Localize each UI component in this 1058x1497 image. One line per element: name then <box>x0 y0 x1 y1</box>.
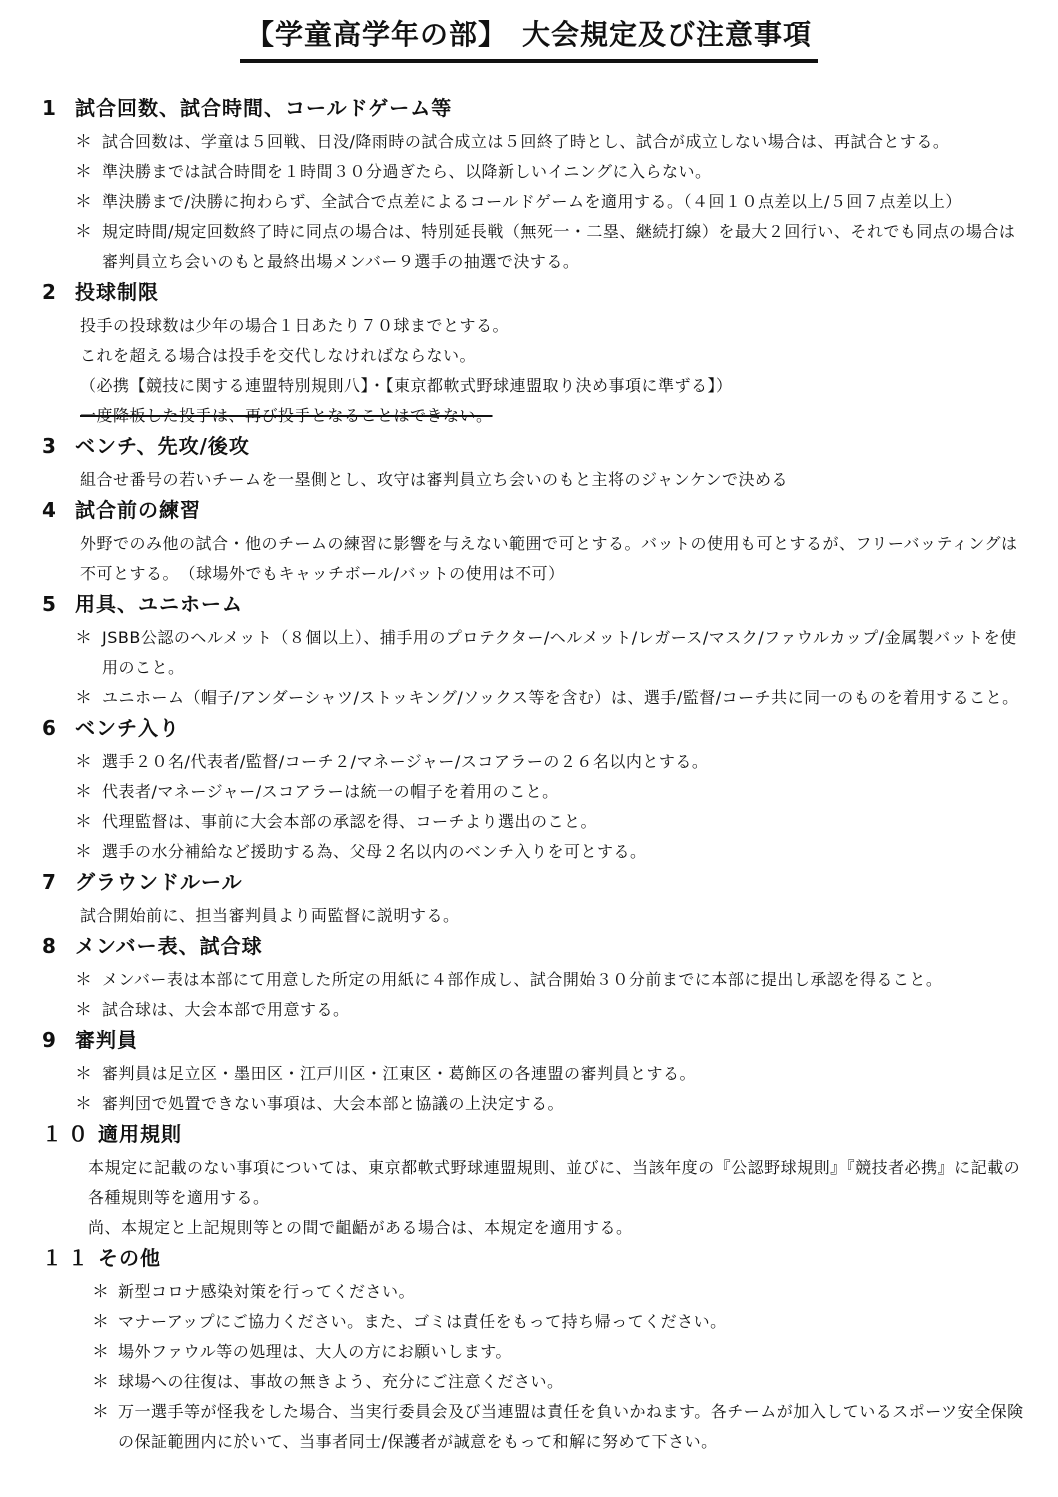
section-title: 試合前の練習 <box>75 495 201 525</box>
section-items: 本規定に記載のない事項については、東京都軟式野球連盟規則、並びに、当該年度の『公… <box>42 1153 1030 1243</box>
bullet-item: ＊ 選手２０名/代表者/監督/コーチ２/マネージャー/スコアラーの２６名以内とす… <box>42 747 1030 777</box>
item-text: 審判員は足立区・墨田区・江戸川区・江東区・葛飾区の各連盟の審判員とする。 <box>102 1059 696 1089</box>
item-text: 組合せ番号の若いチームを一塁側とし、攻守は審判員立ち会いのもと主将のジャンケンで… <box>80 470 788 489</box>
section: 8 メンバー表、試合球 ＊ メンバー表は本部にて用意した所定の用紙に４部作成し、… <box>42 931 1030 1025</box>
paragraph-item: 尚、本規定と上記規則等との間で齟齬がある場合は、本規定を適用する。 <box>42 1213 1030 1243</box>
section: 3 ベンチ、先攻/後攻 組合せ番号の若いチームを一塁側とし、攻守は審判員立ち会い… <box>42 431 1030 495</box>
paragraph-item: 外野でのみ他の試合・他のチームの練習に影響を与えない範囲で可とする。バットの使用… <box>42 529 1030 589</box>
section-number: 3 <box>42 431 75 461</box>
section-items: ＊ 選手２０名/代表者/監督/コーチ２/マネージャー/スコアラーの２６名以内とす… <box>42 747 1030 867</box>
section: 7 グラウンドルール 試合開始前に、担当審判員より両監督に説明する。 <box>42 867 1030 931</box>
item-text: 試合球は、大会本部で用意する。 <box>102 995 350 1025</box>
bullet-item: ＊ 審判団で処置できない事項は、大会本部と協議の上決定する。 <box>42 1089 1030 1119</box>
section: 6 ベンチ入り ＊ 選手２０名/代表者/監督/コーチ２/マネージャー/スコアラー… <box>42 713 1030 867</box>
section-heading: 8 メンバー表、試合球 <box>42 931 1030 961</box>
section-title: 試合回数、試合時間、コールドゲーム等 <box>75 93 452 123</box>
section-title: グラウンドルール <box>75 867 243 897</box>
section-heading: 5 用具、ユニホーム <box>42 589 1030 619</box>
section-title: メンバー表、試合球 <box>75 931 263 961</box>
section-items: 試合開始前に、担当審判員より両監督に説明する。 <box>42 901 1030 931</box>
section-items: ＊ 試合回数は、学童は５回戦、日没/降雨時の試合成立は５回終了時とし、試合が成立… <box>42 127 1030 277</box>
item-text: 一度降板した投手は、再び投手となることはできない。 <box>80 406 493 425</box>
section-number: 9 <box>42 1025 75 1055</box>
item-text: 試合回数は、学童は５回戦、日没/降雨時の試合成立は５回終了時とし、試合が成立しな… <box>102 127 949 157</box>
section-number: １０ <box>42 1119 98 1149</box>
bullet-item: ＊ 試合回数は、学童は５回戦、日没/降雨時の試合成立は５回終了時とし、試合が成立… <box>42 127 1030 157</box>
item-text: 本規定に記載のない事項については、東京都軟式野球連盟規則、並びに、当該年度の『公… <box>88 1158 1020 1207</box>
strikethrough-item: 一度降板した投手は、再び投手となることはできない。 <box>42 401 1030 431</box>
section-number: 1 <box>42 93 75 123</box>
section-items: 組合せ番号の若いチームを一塁側とし、攻守は審判員立ち会いのもと主将のジャンケンで… <box>42 465 1030 495</box>
asterisk-bullet-icon: ＊ <box>75 683 102 713</box>
page-title: 【学童高学年の部】 大会規定及び注意事項 <box>0 14 1058 63</box>
item-text: マナーアップにご協力ください。また、ゴミは責任をもって持ち帰ってください。 <box>118 1307 727 1337</box>
bullet-item: ＊ 代理監督は、事前に大会本部の承認を得、コーチより選出のこと。 <box>42 807 1030 837</box>
section-items: ＊ 審判員は足立区・墨田区・江戸川区・江東区・葛飾区の各連盟の審判員とする。 ＊… <box>42 1059 1030 1119</box>
section-number: 6 <box>42 713 75 743</box>
section-heading: 3 ベンチ、先攻/後攻 <box>42 431 1030 461</box>
item-text: 準決勝までは試合時間を１時間３０分過ぎたら、以降新しいイニングに入らない。 <box>102 157 712 187</box>
asterisk-bullet-icon: ＊ <box>75 187 102 217</box>
section: １０ 適用規則 本規定に記載のない事項については、東京都軟式野球連盟規則、並びに… <box>42 1119 1030 1243</box>
section-items: 投手の投球数は少年の場合１日あたり７０球までとする。 これを超える場合は投手を交… <box>42 311 1030 431</box>
section-title: その他 <box>98 1243 161 1273</box>
document-page: 【学童高学年の部】 大会規定及び注意事項 1 試合回数、試合時間、コールドゲーム… <box>0 0 1058 1497</box>
asterisk-bullet-icon: ＊ <box>75 1059 102 1089</box>
section: 4 試合前の練習 外野でのみ他の試合・他のチームの練習に影響を与えない範囲で可と… <box>42 495 1030 589</box>
asterisk-bullet-icon: ＊ <box>92 1397 118 1457</box>
item-text: これを超える場合は投手を交代しなければならない。 <box>80 346 476 365</box>
section-number: 7 <box>42 867 75 897</box>
item-text: 代理監督は、事前に大会本部の承認を得、コーチより選出のこと。 <box>102 807 597 837</box>
asterisk-bullet-icon: ＊ <box>75 807 102 837</box>
asterisk-bullet-icon: ＊ <box>92 1307 118 1337</box>
section-title: ベンチ、先攻/後攻 <box>75 431 250 461</box>
asterisk-bullet-icon: ＊ <box>92 1277 118 1307</box>
item-text: 準決勝まで/決勝に拘わらず、全試合で点差によるコールドゲームを適用する。（４回１… <box>102 187 962 217</box>
item-text: 規定時間/規定回数終了時に同点の場合は、特別延長戦（無死一・二塁、継続打線）を最… <box>102 217 1030 277</box>
bullet-item: ＊ JSBB公認のヘルメット（８個以上）、捕手用のプロテクター/ヘルメット/レガ… <box>42 623 1030 683</box>
asterisk-bullet-icon: ＊ <box>75 623 102 683</box>
asterisk-bullet-icon: ＊ <box>92 1367 118 1397</box>
section-title: 適用規則 <box>98 1119 182 1149</box>
section-heading: 2 投球制限 <box>42 277 1030 307</box>
section-number: １１ <box>42 1243 98 1273</box>
section-title: 用具、ユニホーム <box>75 589 243 619</box>
section: 9 審判員 ＊ 審判員は足立区・墨田区・江戸川区・江東区・葛飾区の各連盟の審判員… <box>42 1025 1030 1119</box>
bullet-item: ＊ 規定時間/規定回数終了時に同点の場合は、特別延長戦（無死一・二塁、継続打線）… <box>42 217 1030 277</box>
section-heading: 1 試合回数、試合時間、コールドゲーム等 <box>42 93 1030 123</box>
bullet-item: ＊ 準決勝まで/決勝に拘わらず、全試合で点差によるコールドゲームを適用する。（４… <box>42 187 1030 217</box>
item-text: ユニホーム（帽子/アンダーシャツ/ストッキング/ソックス等を含む）は、選手/監督… <box>102 683 1019 713</box>
section-items: ＊ JSBB公認のヘルメット（８個以上）、捕手用のプロテクター/ヘルメット/レガ… <box>42 623 1030 713</box>
bullet-item: ＊ ユニホーム（帽子/アンダーシャツ/ストッキング/ソックス等を含む）は、選手/… <box>42 683 1030 713</box>
item-text: 選手２０名/代表者/監督/コーチ２/マネージャー/スコアラーの２６名以内とする。 <box>102 747 708 777</box>
bullet-item: ＊ マナーアップにご協力ください。また、ゴミは責任をもって持ち帰ってください。 <box>42 1307 1030 1337</box>
section-heading: １０ 適用規則 <box>42 1119 1030 1149</box>
bullet-item: ＊ 準決勝までは試合時間を１時間３０分過ぎたら、以降新しいイニングに入らない。 <box>42 157 1030 187</box>
item-text: 球場への往復は、事故の無きよう、充分にご注意ください。 <box>118 1367 564 1397</box>
item-text: 万一選手等が怪我をした場合、当実行委員会及び当連盟は責任を負いかねます。各チーム… <box>118 1397 1030 1457</box>
asterisk-bullet-icon: ＊ <box>75 995 102 1025</box>
asterisk-bullet-icon: ＊ <box>75 777 102 807</box>
item-text: 投手の投球数は少年の場合１日あたり７０球までとする。 <box>80 316 509 335</box>
asterisk-bullet-icon: ＊ <box>75 1089 102 1119</box>
section-number: 2 <box>42 277 75 307</box>
section-heading: １１ その他 <box>42 1243 1030 1273</box>
item-text: （必携【競技に関する連盟特別規則八】・【東京都軟式野球連盟取り決め事項に準ずる】… <box>80 376 733 395</box>
item-text: 場外ファウル等の処理は、大人の方にお願いします。 <box>118 1337 512 1367</box>
item-text: 試合開始前に、担当審判員より両監督に説明する。 <box>80 906 460 925</box>
bullet-item: ＊ 球場への往復は、事故の無きよう、充分にご注意ください。 <box>42 1367 1030 1397</box>
section-heading: 7 グラウンドルール <box>42 867 1030 897</box>
item-text: 審判団で処置できない事項は、大会本部と協議の上決定する。 <box>102 1089 564 1119</box>
bullet-item: ＊ 選手の水分補給など援助する為、父母２名以内のベンチ入りを可とする。 <box>42 837 1030 867</box>
asterisk-bullet-icon: ＊ <box>75 747 102 777</box>
bullet-item: ＊ メンバー表は本部にて用意した所定の用紙に４部作成し、試合開始３０分前までに本… <box>42 965 1030 995</box>
item-text: 代表者/マネージャー/スコアラーは統一の帽子を着用のこと。 <box>102 777 559 807</box>
section: 2 投球制限 投手の投球数は少年の場合１日あたり７０球までとする。 これを超える… <box>42 277 1030 431</box>
asterisk-bullet-icon: ＊ <box>75 127 102 157</box>
bullet-item: ＊ 万一選手等が怪我をした場合、当実行委員会及び当連盟は責任を負いかねます。各チ… <box>42 1397 1030 1457</box>
section-items: ＊ メンバー表は本部にて用意した所定の用紙に４部作成し、試合開始３０分前までに本… <box>42 965 1030 1025</box>
section-heading: 4 試合前の練習 <box>42 495 1030 525</box>
asterisk-bullet-icon: ＊ <box>75 217 102 277</box>
asterisk-bullet-icon: ＊ <box>75 157 102 187</box>
page-title-text: 【学童高学年の部】 大会規定及び注意事項 <box>240 15 818 63</box>
bullet-item: ＊ 代表者/マネージャー/スコアラーは統一の帽子を着用のこと。 <box>42 777 1030 807</box>
section-heading: 6 ベンチ入り <box>42 713 1030 743</box>
section-title: ベンチ入り <box>75 713 180 743</box>
paragraph-item: 試合開始前に、担当審判員より両監督に説明する。 <box>42 901 1030 931</box>
item-text: 尚、本規定と上記規則等との間で齟齬がある場合は、本規定を適用する。 <box>88 1218 633 1237</box>
item-text: JSBB公認のヘルメット（８個以上）、捕手用のプロテクター/ヘルメット/レガース… <box>102 623 1030 683</box>
sections-container: 1 試合回数、試合時間、コールドゲーム等 ＊ 試合回数は、学童は５回戦、日没/降… <box>0 93 1058 1457</box>
paragraph-item: （必携【競技に関する連盟特別規則八】・【東京都軟式野球連盟取り決め事項に準ずる】… <box>42 371 1030 401</box>
section: １１ その他 ＊ 新型コロナ感染対策を行ってください。 ＊ マナーアップにご協力… <box>42 1243 1030 1457</box>
paragraph-item: 本規定に記載のない事項については、東京都軟式野球連盟規則、並びに、当該年度の『公… <box>42 1153 1030 1213</box>
section-number: 8 <box>42 931 75 961</box>
asterisk-bullet-icon: ＊ <box>92 1337 118 1367</box>
bullet-item: ＊ 新型コロナ感染対策を行ってください。 <box>42 1277 1030 1307</box>
asterisk-bullet-icon: ＊ <box>75 965 102 995</box>
section-title: 投球制限 <box>75 277 159 307</box>
section-heading: 9 審判員 <box>42 1025 1030 1055</box>
section-items: ＊ 新型コロナ感染対策を行ってください。 ＊ マナーアップにご協力ください。また… <box>42 1277 1030 1457</box>
section-title: 審判員 <box>75 1025 138 1055</box>
item-text: 新型コロナ感染対策を行ってください。 <box>118 1277 415 1307</box>
section-number: 4 <box>42 495 75 525</box>
item-text: メンバー表は本部にて用意した所定の用紙に４部作成し、試合開始３０分前までに本部に… <box>102 965 942 995</box>
section: 5 用具、ユニホーム ＊ JSBB公認のヘルメット（８個以上）、捕手用のプロテク… <box>42 589 1030 713</box>
paragraph-item: これを超える場合は投手を交代しなければならない。 <box>42 341 1030 371</box>
item-text: 外野でのみ他の試合・他のチームの練習に影響を与えない範囲で可とする。バットの使用… <box>80 534 1017 583</box>
section-number: 5 <box>42 589 75 619</box>
section-items: 外野でのみ他の試合・他のチームの練習に影響を与えない範囲で可とする。バットの使用… <box>42 529 1030 589</box>
asterisk-bullet-icon: ＊ <box>75 837 102 867</box>
bullet-item: ＊ 試合球は、大会本部で用意する。 <box>42 995 1030 1025</box>
paragraph-item: 投手の投球数は少年の場合１日あたり７０球までとする。 <box>42 311 1030 341</box>
paragraph-item: 組合せ番号の若いチームを一塁側とし、攻守は審判員立ち会いのもと主将のジャンケンで… <box>42 465 1030 495</box>
bullet-item: ＊ 審判員は足立区・墨田区・江戸川区・江東区・葛飾区の各連盟の審判員とする。 <box>42 1059 1030 1089</box>
section: 1 試合回数、試合時間、コールドゲーム等 ＊ 試合回数は、学童は５回戦、日没/降… <box>42 93 1030 277</box>
item-text: 選手の水分補給など援助する為、父母２名以内のベンチ入りを可とする。 <box>102 837 647 867</box>
bullet-item: ＊ 場外ファウル等の処理は、大人の方にお願いします。 <box>42 1337 1030 1367</box>
